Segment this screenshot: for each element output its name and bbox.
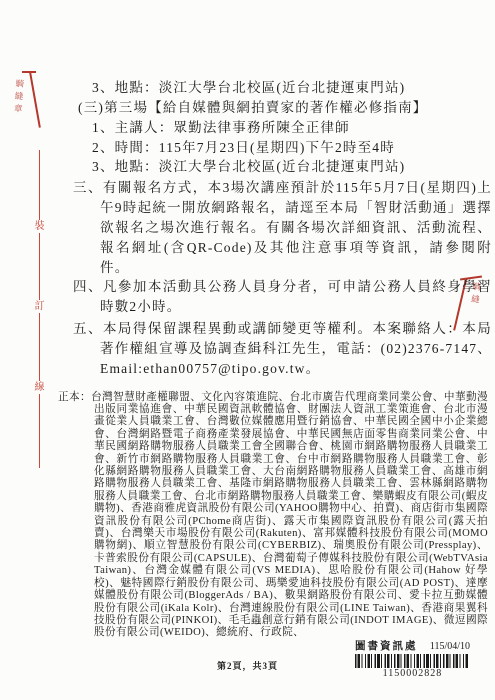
- binding-char-ding: 訂: [33, 300, 46, 313]
- body-line-session3-title: (三)第三場【給自媒體與網拍賣家的著作權必修指南】: [78, 98, 428, 118]
- page-joint-seal-left: 騎縫章: [10, 70, 44, 132]
- paragraph-civil-servant-hours: 四、凡參加本活動具公務人員身分者，可申請公務人員終身學習時數2小時。: [73, 277, 492, 317]
- document-page: 裝 訂 線 騎縫章 騎縫 3、地點：淡江大學台北校區(近台北捷運東門站) (三)…: [0, 0, 495, 700]
- barcode: [355, 654, 468, 668]
- registry-date: 115/04/10: [430, 641, 470, 652]
- registry-unit-label: 圖書資訊處: [355, 638, 418, 653]
- paragraph-contact: 五、本局得保留課程異動或講師變更等權利。本案聯絡人：本局著作權組宣導及協調查緝科…: [73, 319, 492, 379]
- body-line-time: 2、時間：115年7月23日(星期四)下午2時至4時: [92, 138, 395, 158]
- binding-char-xian: 線: [33, 381, 46, 394]
- recipients-label: 正本：: [58, 392, 91, 403]
- binding-char-zhuang: 裝: [33, 220, 46, 233]
- seal-text: 騎縫章: [12, 79, 27, 117]
- barcode-number: 1150002828: [355, 668, 470, 679]
- recipients-list: 台灣智慧財產權聯盟、文化內容策進院、台北市廣告代理商業同業公會、中華動漫出版同業…: [91, 392, 488, 639]
- seal-stroke: [29, 72, 40, 127]
- paragraph-registration: 三、有關報名方式，本3場次講座預計於115年5月7日(星期四)上午9時起統一開放…: [73, 178, 492, 278]
- body-line-speaker: 1、主講人：眾勤法律事務所陳全正律師: [92, 118, 350, 138]
- body-line-location: 3、地點：淡江大學台北校區(近台北捷運東門站): [92, 78, 405, 98]
- recipients-block: 正本：台灣智慧財產權聯盟、文化內容策進院、台北市廣告代理商業同業公會、中華動漫出…: [58, 392, 488, 640]
- registry-stamp: 圖書資訊處 115/04/10 1150002828: [355, 638, 470, 679]
- body-line-location2: 3、地點：淡江大學台北校區(近台北捷運東門站): [92, 157, 405, 177]
